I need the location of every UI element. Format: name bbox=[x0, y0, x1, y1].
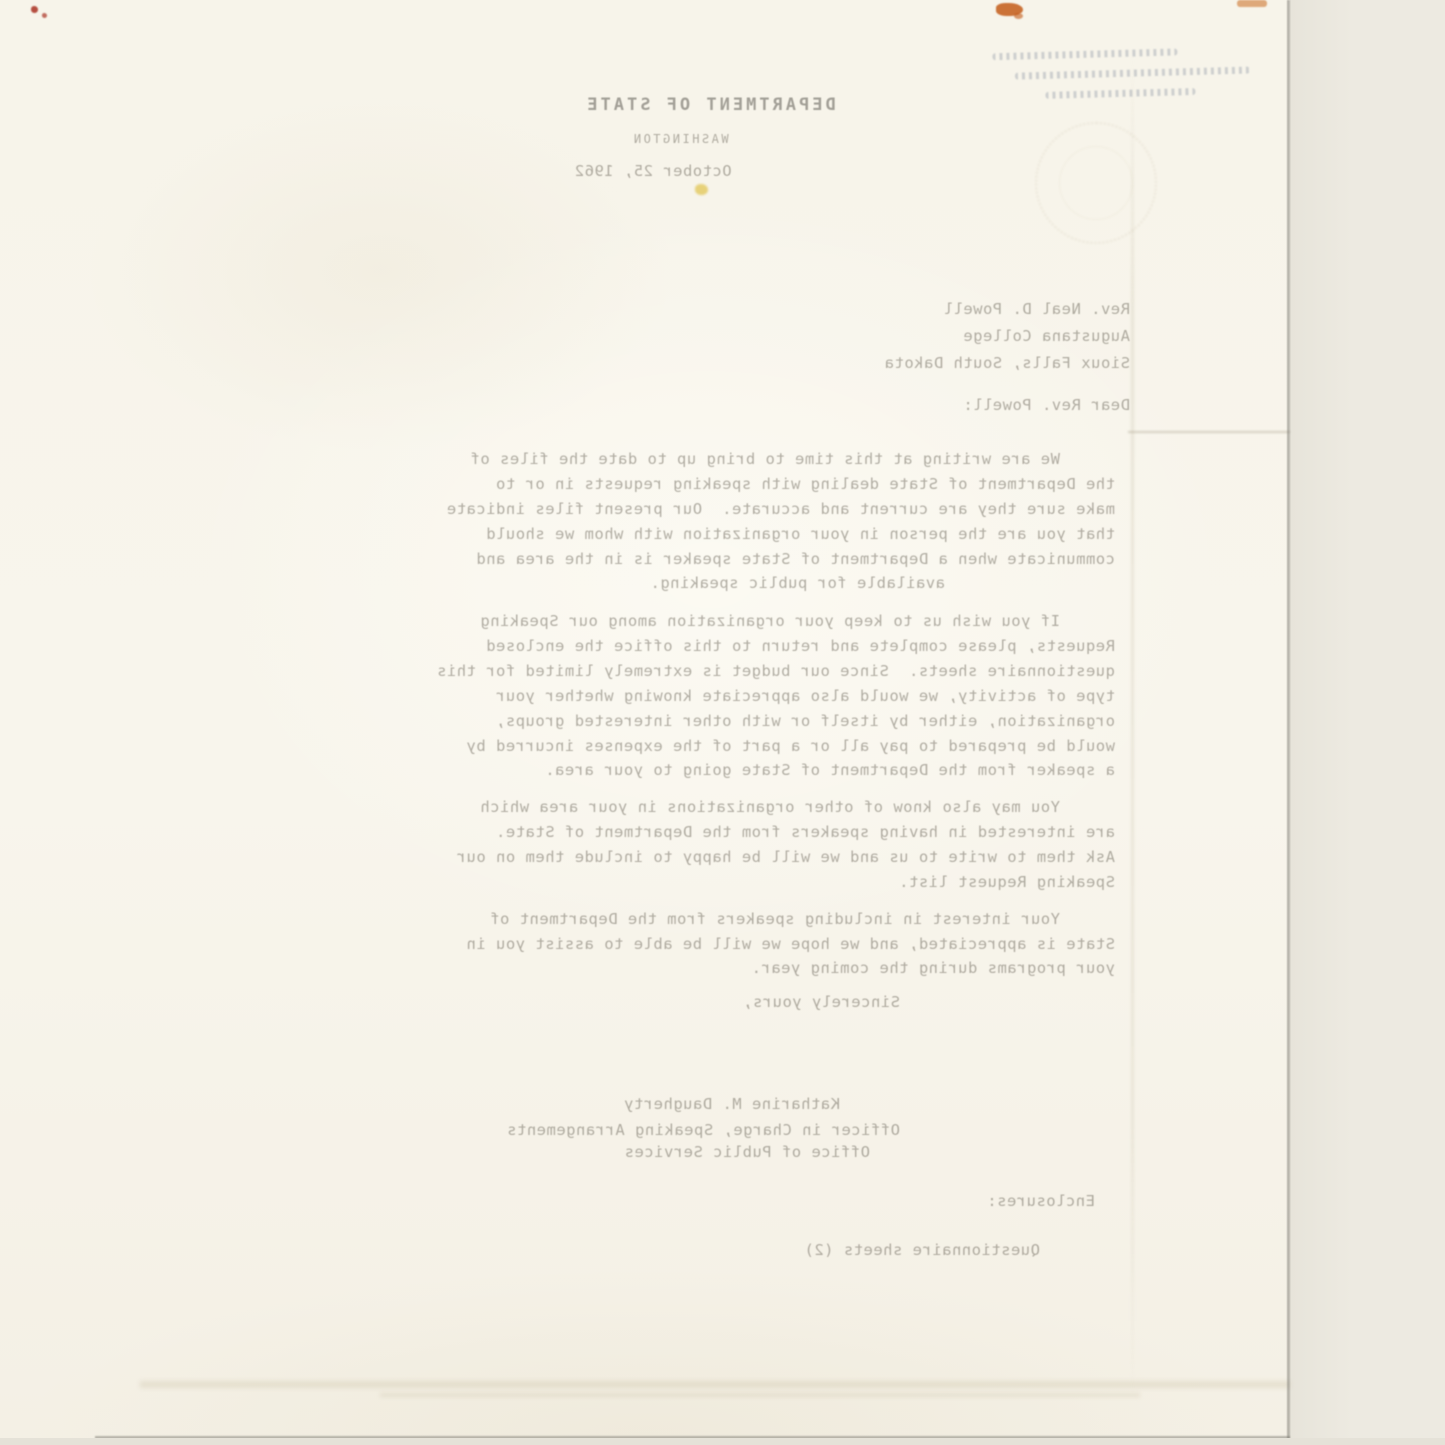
stamp-line bbox=[1015, 67, 1250, 80]
yellow-stain-spot bbox=[695, 184, 708, 195]
body-line: Requests, please complete and return to … bbox=[486, 637, 1115, 655]
scanned-page: DEPARTMENT OF STATE WASHINGTON October 2… bbox=[0, 0, 1445, 1445]
body-line: Speaking Request list. bbox=[899, 873, 1115, 891]
stamp-line bbox=[992, 48, 1177, 60]
enclosures-label: Enclosures: bbox=[987, 1192, 1095, 1210]
body-line: organization, either by itself or with o… bbox=[496, 712, 1115, 730]
body-line: type of activity, we would also apprecia… bbox=[496, 687, 1115, 705]
recipient-org: Augustana College bbox=[963, 327, 1130, 345]
body-line: that you are the person in your organiza… bbox=[486, 525, 1115, 543]
letter-date: October 25, 1962 bbox=[574, 162, 731, 180]
stamp-line bbox=[1045, 88, 1195, 99]
body-line: questionnaire sheets. Since our budget i… bbox=[437, 662, 1115, 680]
body-line: make sure they are current and accurate.… bbox=[446, 500, 1115, 518]
body-line: We are writing at this time to bring up … bbox=[470, 450, 1060, 468]
letterhead-place: WASHINGTON bbox=[631, 132, 728, 146]
body-line: Ask them to write to us and we will be h… bbox=[456, 848, 1115, 866]
enclosures-item: Questionnaire sheets (2) bbox=[804, 1241, 1040, 1259]
body-line: would be prepared to pay all or a part o… bbox=[466, 737, 1115, 755]
signature-name: Katharine M. Daugherty bbox=[624, 1095, 840, 1113]
paper-right-edge bbox=[1287, 0, 1290, 1440]
recipient-city: Sioux Falls, South Dakota bbox=[884, 354, 1130, 372]
red-ink-speck bbox=[31, 6, 38, 13]
orange-ink-mark bbox=[1237, 0, 1267, 7]
body-line: communicate when a Department of State s… bbox=[476, 550, 1115, 568]
recipient-name: Rev. Neal D. Powell bbox=[943, 300, 1130, 318]
body-line: Your interest in including speakers from… bbox=[490, 910, 1060, 928]
body-line: your programs during the coming year. bbox=[751, 959, 1115, 977]
signature-office: Office of Public Services bbox=[624, 1143, 870, 1161]
faint-archive-stamp bbox=[974, 44, 1260, 107]
body-line: You may also know of other organizations… bbox=[480, 798, 1060, 816]
body-line: State is appreciated, and we hope we wil… bbox=[466, 935, 1115, 953]
body-line: If you wish us to keep your organization… bbox=[480, 612, 1060, 630]
body-line: available for public speaking. bbox=[650, 574, 945, 592]
body-line: a speaker from the Department of State g… bbox=[545, 761, 1115, 779]
letterhead-agency: DEPARTMENT OF STATE bbox=[584, 95, 835, 115]
orange-ink-mark bbox=[1014, 13, 1023, 19]
scan-background-bottom bbox=[0, 1438, 1445, 1445]
body-line: are interested in having speakers from t… bbox=[496, 823, 1115, 841]
mirrored-letter-text: DEPARTMENT OF STATE WASHINGTON October 2… bbox=[0, 0, 1445, 1445]
salutation: Dear Rev. Powell: bbox=[963, 396, 1130, 414]
closing: Sincerely yours, bbox=[743, 993, 900, 1011]
red-ink-speck bbox=[42, 13, 47, 18]
body-line: the Department of State dealing with spe… bbox=[496, 475, 1115, 493]
signature-title: Officer in Charge, Speaking Arrangements bbox=[507, 1121, 900, 1139]
embossed-seal-impression bbox=[1035, 122, 1157, 244]
